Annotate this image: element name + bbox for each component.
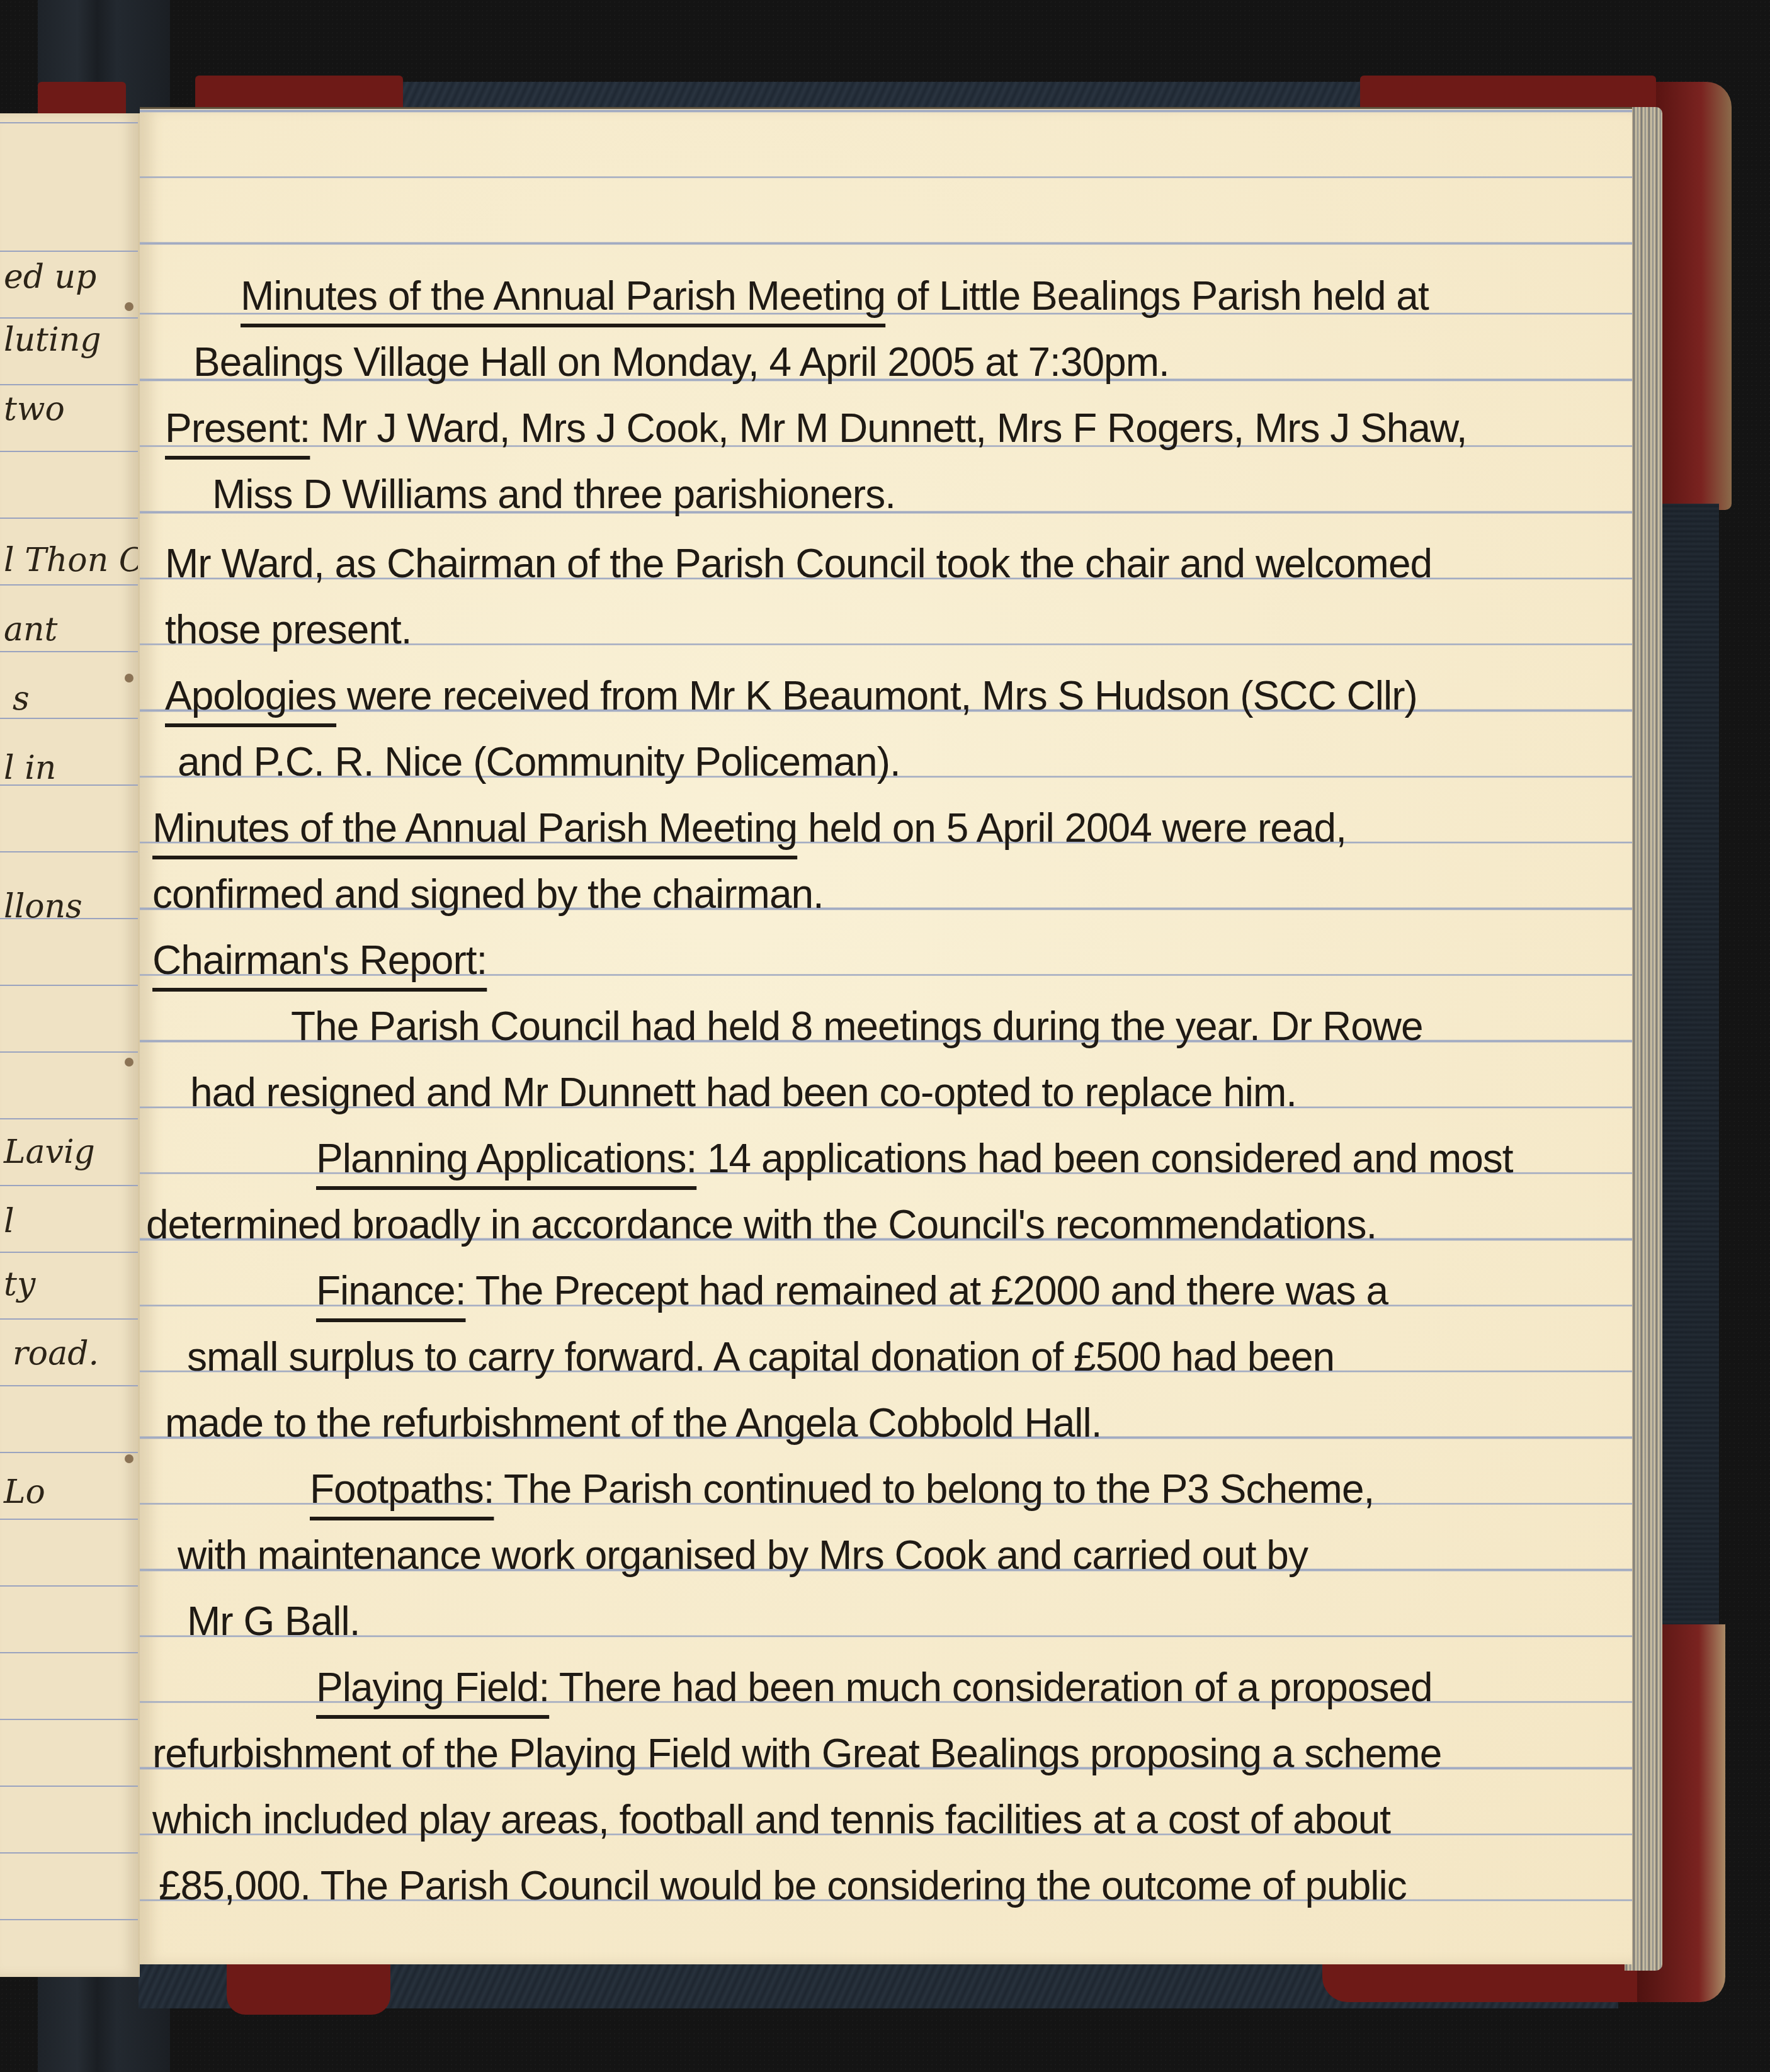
heading-line-1: Minutes of the Annual Parish Meeting of …	[241, 276, 1429, 316]
apologies-line-2: and P.C. R. Nice (Community Policeman).	[178, 742, 900, 782]
playing-field-label: Playing Field:	[316, 1665, 549, 1710]
margin-fragment: l Thon Com,	[4, 541, 140, 579]
chairmans-report-label: Chairman's Report:	[152, 940, 487, 980]
planning-line-1: Planning Applications: 14 applications h…	[316, 1138, 1513, 1179]
margin-fragment: llons	[4, 888, 82, 926]
present-line-1: Present: Mr J Ward, Mrs J Cook, Mr M Dun…	[165, 408, 1466, 448]
finance-text: The Precept had remained at £2000 and th…	[475, 1268, 1388, 1313]
prev-minutes-line-1: Minutes of the Annual Parish Meeting hel…	[152, 808, 1346, 848]
footpaths-label: Footpaths:	[310, 1466, 494, 1512]
margin-fragment: ty	[4, 1265, 35, 1303]
margin-fragment: ed up	[4, 258, 96, 296]
footpaths-line-3: Mr G Ball.	[187, 1601, 360, 1641]
footpaths-text: The Parish continued to belong to the P3…	[504, 1466, 1374, 1512]
binding-hole	[125, 1454, 133, 1463]
margin-fragment: road.	[13, 1335, 99, 1373]
planning-text: 14 applications had been considered and …	[707, 1136, 1513, 1181]
heading-line-2: Bealings Village Hall on Monday, 4 April…	[193, 342, 1169, 382]
apologies-line-1: Apologies were received from Mr K Beaumo…	[165, 676, 1417, 716]
playing-field-line-4: £85,000. The Parish Council would be con…	[159, 1865, 1407, 1906]
margin-fragment: ant	[4, 611, 57, 648]
main-page: Minutes of the Annual Parish Meeting of …	[140, 107, 1632, 1964]
prev-minutes-label: Minutes of the Annual Parish Meeting	[152, 805, 797, 851]
report-line-1: The Parish Council had held 8 meetings d…	[291, 1006, 1423, 1046]
finance-line-2: small surplus to carry forward. A capita…	[187, 1337, 1334, 1377]
prev-minutes-text: held on 5 April 2004 were read,	[808, 805, 1346, 851]
playing-field-text: There had been much consideration of a p…	[559, 1665, 1432, 1710]
finance-line-3: made to the refurbishment of the Angela …	[165, 1403, 1102, 1443]
binding-hole	[125, 1058, 133, 1067]
margin-fragment: two	[4, 390, 65, 428]
footpaths-line-1: Footpaths: The Parish continued to belon…	[310, 1469, 1374, 1509]
margin-fragment: Lavig	[4, 1133, 95, 1171]
planning-label: Planning Applications:	[316, 1136, 696, 1181]
margin-fragment: s	[13, 680, 30, 718]
present-label: Present:	[165, 405, 310, 451]
chair-line-2: those present.	[165, 609, 412, 650]
left-page: ed up luting two l Thon Com, ant s l in …	[0, 113, 140, 1977]
cover-right-red-leather	[1656, 82, 1732, 510]
minutes-title-rest: of Little Bealings Parish held at	[896, 273, 1429, 319]
margin-fragment: l	[4, 1203, 14, 1240]
chair-line-1: Mr Ward, as Chairman of the Parish Counc…	[165, 543, 1432, 584]
apologies-text: were received from Mr K Beaumont, Mrs S …	[347, 673, 1417, 718]
report-line-2: had resigned and Mr Dunnett had been co-…	[190, 1072, 1296, 1112]
minutes-title: Minutes of the Annual Parish Meeting	[241, 273, 885, 319]
finance-line-1: Finance: The Precept had remained at £20…	[316, 1271, 1388, 1311]
finance-label: Finance:	[316, 1268, 465, 1313]
margin-fragment: luting	[4, 321, 101, 359]
footpaths-line-2: with maintenance work organised by Mrs C…	[178, 1535, 1308, 1575]
playing-field-line-1: Playing Field: There had been much consi…	[316, 1667, 1432, 1707]
margin-fragment: l in	[4, 749, 56, 787]
margin-fragment: Lo	[4, 1473, 45, 1511]
binding-hole	[125, 302, 133, 311]
planning-line-2: determined broadly in accordance with th…	[146, 1204, 1376, 1245]
playing-field-line-3: which included play areas, football and …	[152, 1799, 1390, 1840]
present-line-2: Miss D Williams and three parishioners.	[212, 474, 895, 514]
apologies-label: Apologies	[165, 673, 336, 718]
present-names: Mr J Ward, Mrs J Cook, Mr M Dunnett, Mrs…	[321, 405, 1466, 451]
prev-minutes-line-2: confirmed and signed by the chairman.	[152, 874, 824, 914]
playing-field-line-2: refurbishment of the Playing Field with …	[152, 1733, 1441, 1774]
binding-hole	[125, 674, 133, 682]
